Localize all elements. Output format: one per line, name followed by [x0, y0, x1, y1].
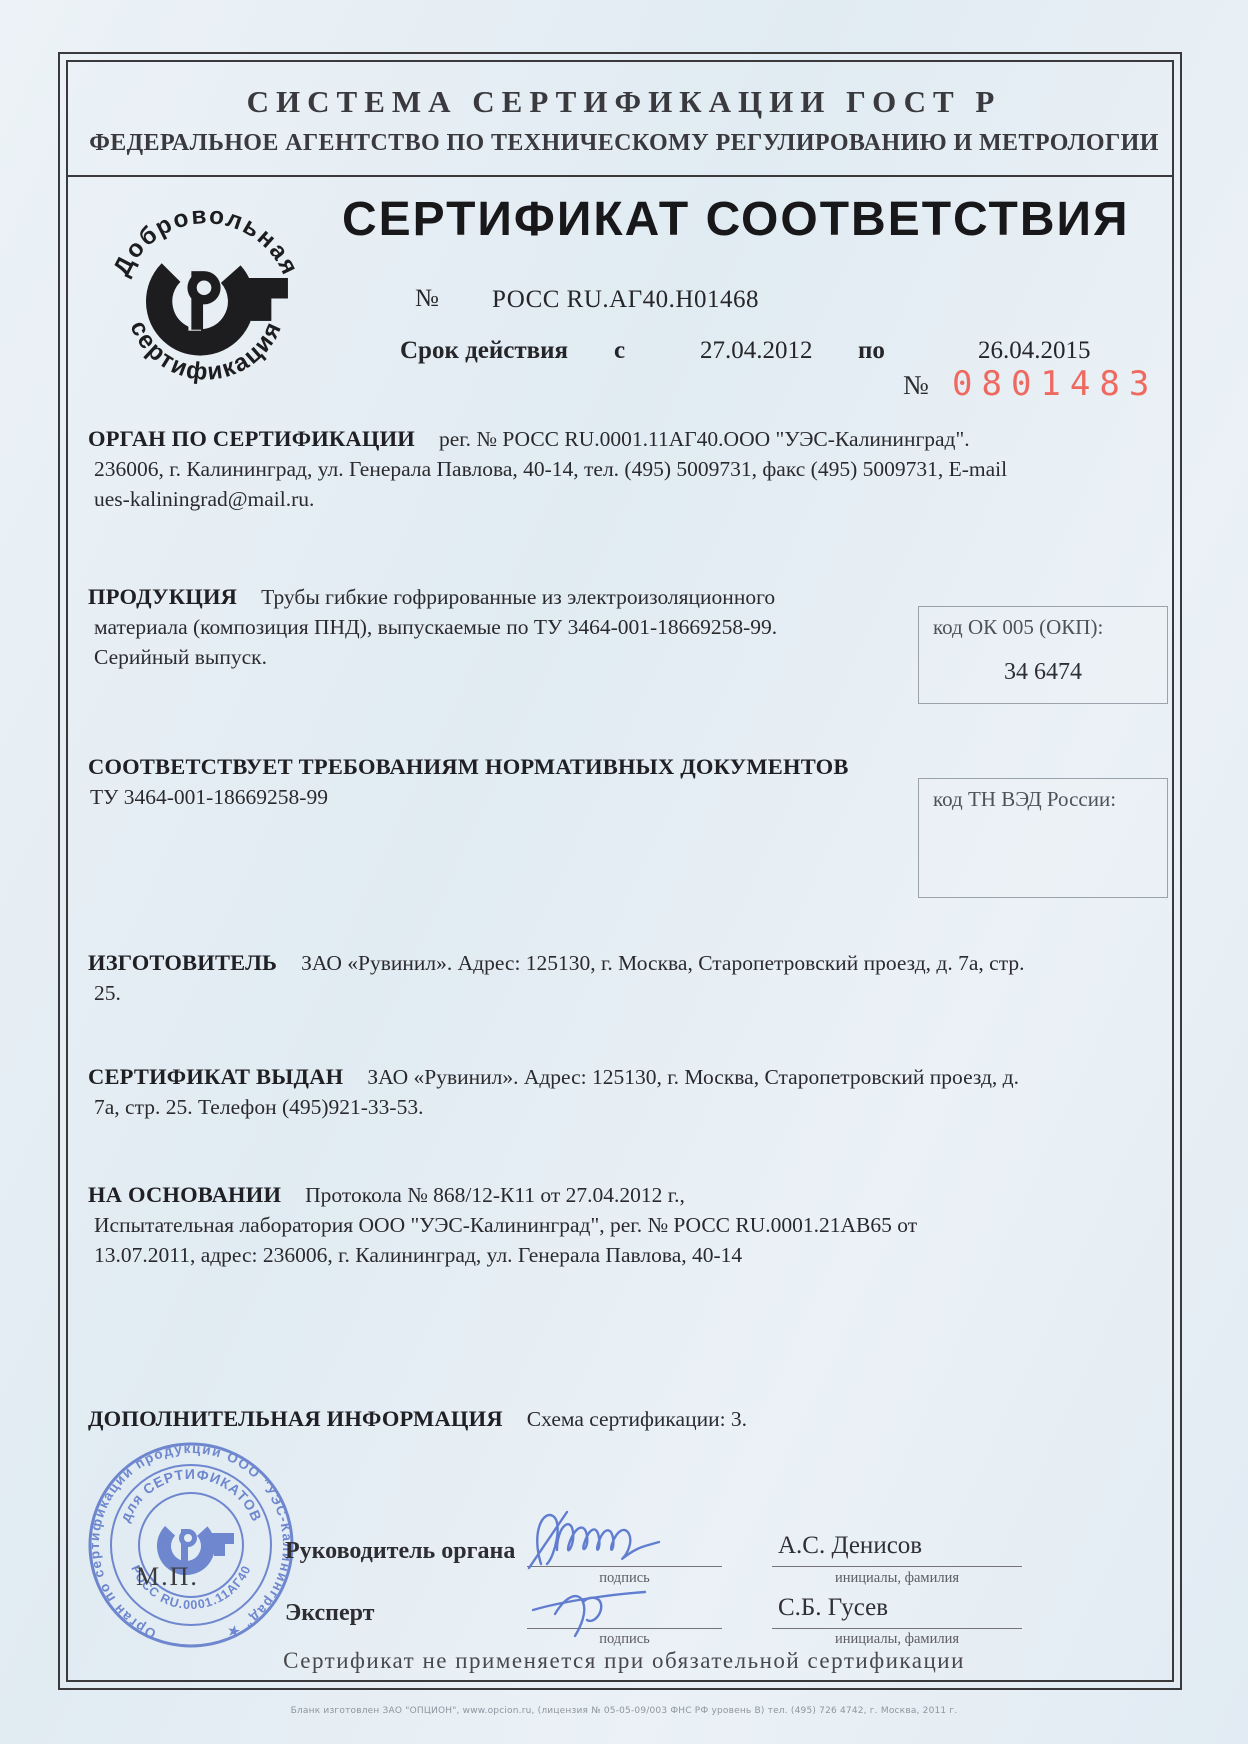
basis-section: НА ОСНОВАНИИПротокола № 868/12-К11 от 27…	[88, 1180, 917, 1270]
footer-note: Сертификат не применяется при обязательн…	[0, 1648, 1248, 1674]
certificate-page: СИСТЕМА СЕРТИФИКАЦИИ ГОСТ Р ФЕДЕРАЛЬНОЕ …	[0, 0, 1248, 1744]
expert-name-caption: инициалы, фамилия	[772, 1631, 1022, 1648]
validity-from-label: с	[614, 337, 625, 365]
expert-signature-line	[527, 1585, 722, 1629]
issued-to-label: СЕРТИФИКАТ ВЫДАН	[88, 1064, 343, 1089]
manufacturer-line2: 25.	[94, 978, 1025, 1008]
cert-number-value: РОСС RU.АГ40.Н01468	[492, 286, 759, 314]
head-signature-line	[527, 1516, 722, 1567]
production-line2: материала (композиция ПНД), выпускаемые …	[94, 612, 777, 642]
rst-logo-icon: Добровольная сертификация	[103, 198, 308, 398]
production-section: ПРОДУКЦИЯТрубы гибкие гофрированные из э…	[88, 582, 777, 672]
document-title: СЕРТИФИКАТ СООТВЕТСТВИЯ	[342, 192, 1130, 247]
basis-label: НА ОСНОВАНИИ	[88, 1182, 281, 1207]
production-label: ПРОДУКЦИЯ	[88, 584, 237, 609]
expert-sign-caption: подпись	[527, 1631, 722, 1648]
head-signature-icon	[527, 1506, 722, 1572]
conformity-text: ТУ 3464-001-18669258-99	[90, 782, 873, 812]
serial-number-value: 0801483	[952, 364, 1158, 404]
organ-line1: рег. № РОСС RU.0001.11АГ40.ООО "УЭС-Кали…	[439, 427, 970, 451]
round-stamp-icon: Орган по сертификации продукции ООО "УЭС…	[82, 1436, 300, 1654]
basis-line1: Протокола № 868/12-К11 от 27.04.2012 г.,	[305, 1183, 685, 1207]
head-role-label: Руководитель органа	[285, 1538, 515, 1565]
basis-line2: Испытательная лаборатория ООО "УЭС-Калин…	[94, 1210, 917, 1240]
okp-code-box: код ОК 005 (ОКП): 34 6474	[918, 606, 1168, 704]
organ-label: ОРГАН ПО СЕРТИФИКАЦИИ	[88, 426, 415, 451]
organ-line2: 236006, г. Калининград, ул. Генерала Пав…	[94, 454, 1007, 484]
validity-to-date: 26.04.2015	[978, 337, 1091, 365]
tnved-code-box: код ТН ВЭД России:	[918, 778, 1168, 898]
conformity-label: СООТВЕТСТВУЕТ ТРЕБОВАНИЯМ НОРМАТИВНЫХ ДО…	[88, 754, 849, 779]
validity-from-date: 27.04.2012	[700, 337, 813, 365]
okp-code-value: 34 6474	[919, 659, 1167, 686]
header-line1: СИСТЕМА СЕРТИФИКАЦИИ ГОСТ Р	[0, 84, 1248, 120]
conformity-section: СООТВЕТСТВУЕТ ТРЕБОВАНИЯМ НОРМАТИВНЫХ ДО…	[88, 752, 873, 812]
manufacturer-label: ИЗГОТОВИТЕЛЬ	[88, 950, 277, 975]
header-divider	[66, 175, 1174, 177]
validity-label: Срок действия	[400, 337, 568, 365]
issued-to-section: СЕРТИФИКАТ ВЫДАНЗАО «Рувинил». Адрес: 12…	[88, 1062, 1019, 1122]
svg-text:Добровольная: Добровольная	[108, 202, 303, 280]
okp-code-label: код ОК 005 (ОКП):	[933, 615, 1103, 640]
production-line1: Трубы гибкие гофрированные из электроизо…	[261, 585, 775, 609]
basis-line3: 13.07.2011, адрес: 236006, г. Калинингра…	[94, 1240, 917, 1270]
print-info: Бланк изготовлен ЗАО "ОПЦИОН", www.opcio…	[0, 1706, 1248, 1716]
additional-info-label: ДОПОЛНИТЕЛЬНАЯ ИНФОРМАЦИЯ	[88, 1406, 503, 1431]
stamp-inner-top-text: для СЕРТИФИКАТОВ	[117, 1466, 266, 1524]
header-line2: ФЕДЕРАЛЬНОЕ АГЕНТСТВО ПО ТЕХНИЧЕСКОМУ РЕ…	[0, 130, 1248, 157]
manufacturer-section: ИЗГОТОВИТЕЛЬЗАО «Рувинил». Адрес: 125130…	[88, 948, 1025, 1008]
organ-section: ОРГАН ПО СЕРТИФИКАЦИИрег. № РОСС RU.0001…	[88, 424, 1007, 514]
expert-name-line	[772, 1585, 1022, 1629]
logo-top-arc-text: Добровольная	[108, 202, 303, 280]
serial-number-label: №	[903, 370, 929, 401]
organ-line3: ues-kaliningrad@mail.ru.	[94, 484, 1007, 514]
svg-text:для СЕРТИФИКАТОВ: для СЕРТИФИКАТОВ	[117, 1466, 266, 1524]
additional-info-section: ДОПОЛНИТЕЛЬНАЯ ИНФОРМАЦИЯСхема сертифика…	[88, 1404, 747, 1434]
production-line3: Серийный выпуск.	[94, 642, 777, 672]
head-name-line	[772, 1516, 1022, 1567]
validity-to-label: по	[858, 337, 885, 365]
issued-to-line1: ЗАО «Рувинил». Адрес: 125130, г. Москва,…	[367, 1065, 1019, 1089]
cert-number-label: №	[415, 285, 439, 313]
tnved-code-label: код ТН ВЭД России:	[933, 787, 1116, 812]
manufacturer-line1: ЗАО «Рувинил». Адрес: 125130, г. Москва,…	[301, 951, 1024, 975]
additional-info-text: Схема сертификации: 3.	[527, 1407, 747, 1431]
issued-to-line2: 7а, стр. 25. Телефон (495)921-33-53.	[94, 1092, 1019, 1122]
stamp-place-label: М.П.	[136, 1562, 199, 1592]
expert-role-label: Эксперт	[285, 1600, 374, 1627]
